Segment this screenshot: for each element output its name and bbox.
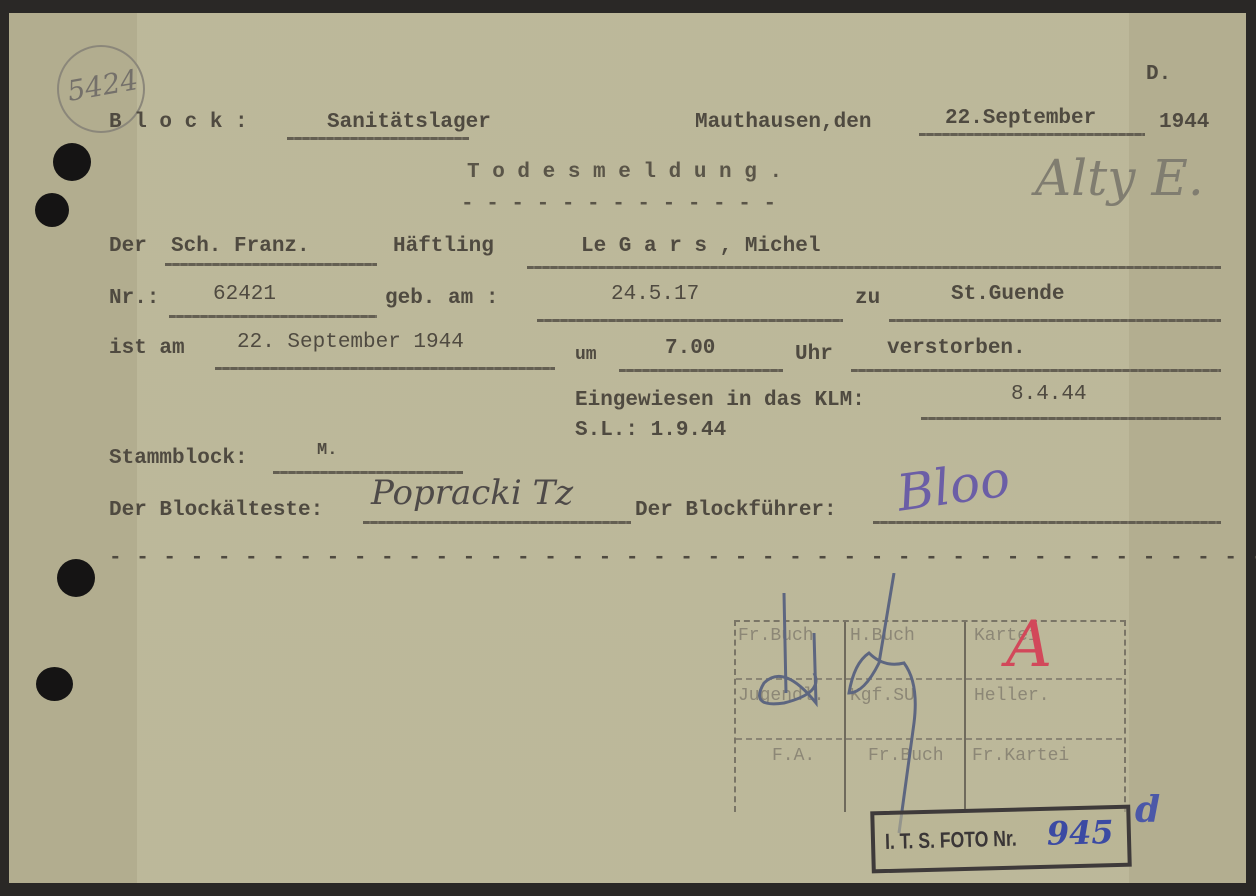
status-underline: [851, 369, 1221, 372]
blockaelteste-signature: Popracki Tz: [371, 473, 573, 513]
label-geb-am: geb. am :: [385, 287, 498, 311]
label-um: um: [575, 343, 597, 367]
birth-place: St.Guende: [951, 283, 1064, 307]
prisoner-category: Sch. Franz.: [171, 235, 310, 259]
birth-date-underline: [537, 319, 843, 322]
corner-mark: D.: [1146, 63, 1171, 87]
separator-dashes: - - - - - - - - - - - - - - - - - - - - …: [109, 547, 1256, 571]
label-nr: Nr.:: [109, 287, 159, 311]
death-notice-card: 5424 D. B l o c k : Sanitätslager Mautha…: [9, 13, 1246, 883]
sl-line: S.L.: 1.9.44: [575, 419, 726, 443]
blockfuehrer-underline: [873, 521, 1221, 524]
label-der: Der: [109, 235, 147, 259]
label-ist-am: ist am: [109, 337, 185, 361]
date-underline: [919, 133, 1145, 136]
red-check-mark: A: [1006, 608, 1052, 682]
time-underline: [619, 369, 783, 372]
pencil-note: Alty E.: [1035, 149, 1204, 207]
stammblock-value: M.: [317, 439, 337, 463]
stamp-cell: Fr.Kartei: [972, 746, 1069, 766]
title-dashes: - - - - - - - - - - - - -: [461, 193, 776, 217]
pen-scribble-icon: [744, 573, 944, 843]
stamp-cell: Heller.: [974, 686, 1050, 706]
label-uhr: Uhr: [795, 343, 833, 367]
block-value: Sanitätslager: [327, 111, 491, 135]
year: 1944: [1159, 111, 1209, 135]
admission-underline: [921, 417, 1221, 420]
its-photo-number: 945: [1046, 813, 1114, 853]
blockaelteste-underline: [363, 521, 631, 524]
admission-label: Eingewiesen in das KLM:: [575, 389, 865, 413]
block-underline: [287, 137, 469, 140]
death-time: 7.00: [665, 337, 715, 361]
block-label: B l o c k :: [109, 111, 248, 135]
punch-hole: [36, 667, 73, 701]
punch-hole: [57, 559, 95, 597]
death-date: 22. September 1944: [237, 331, 464, 355]
label-zu: zu: [855, 287, 880, 311]
its-photo-label: I. T. S. FOTO Nr.: [885, 826, 1017, 855]
place-date-label: Mauthausen,den: [695, 111, 871, 135]
stammblock-label: Stammblock:: [109, 447, 248, 471]
punch-hole: [35, 193, 69, 227]
birth-date: 24.5.17: [611, 283, 699, 307]
document-title: T o d e s m e l d u n g .: [467, 161, 782, 185]
death-status: verstorben.: [887, 337, 1026, 361]
prisoner-name: Le G a r s , Michel: [581, 235, 820, 259]
number-underline: [169, 315, 377, 318]
admission-date: 8.4.44: [1011, 383, 1087, 407]
blockfuehrer-label: Der Blockführer:: [635, 499, 837, 523]
date-value: 22.September: [945, 107, 1096, 131]
category-underline: [165, 263, 377, 266]
label-haeftling: Häftling: [393, 235, 494, 259]
birth-place-underline: [889, 319, 1221, 322]
prisoner-number: 62421: [213, 283, 276, 307]
its-photo-stamp: I. T. S. FOTO Nr. 945: [870, 805, 1132, 874]
name-underline: [527, 266, 1221, 269]
punch-hole: [53, 143, 91, 181]
death-date-underline: [215, 367, 555, 370]
blockfuehrer-signature: Bloo: [894, 449, 1014, 522]
grid-divider: [964, 622, 966, 812]
blockaelteste-label: Der Blockälteste:: [109, 499, 323, 523]
its-photo-suffix: d: [1135, 789, 1160, 831]
